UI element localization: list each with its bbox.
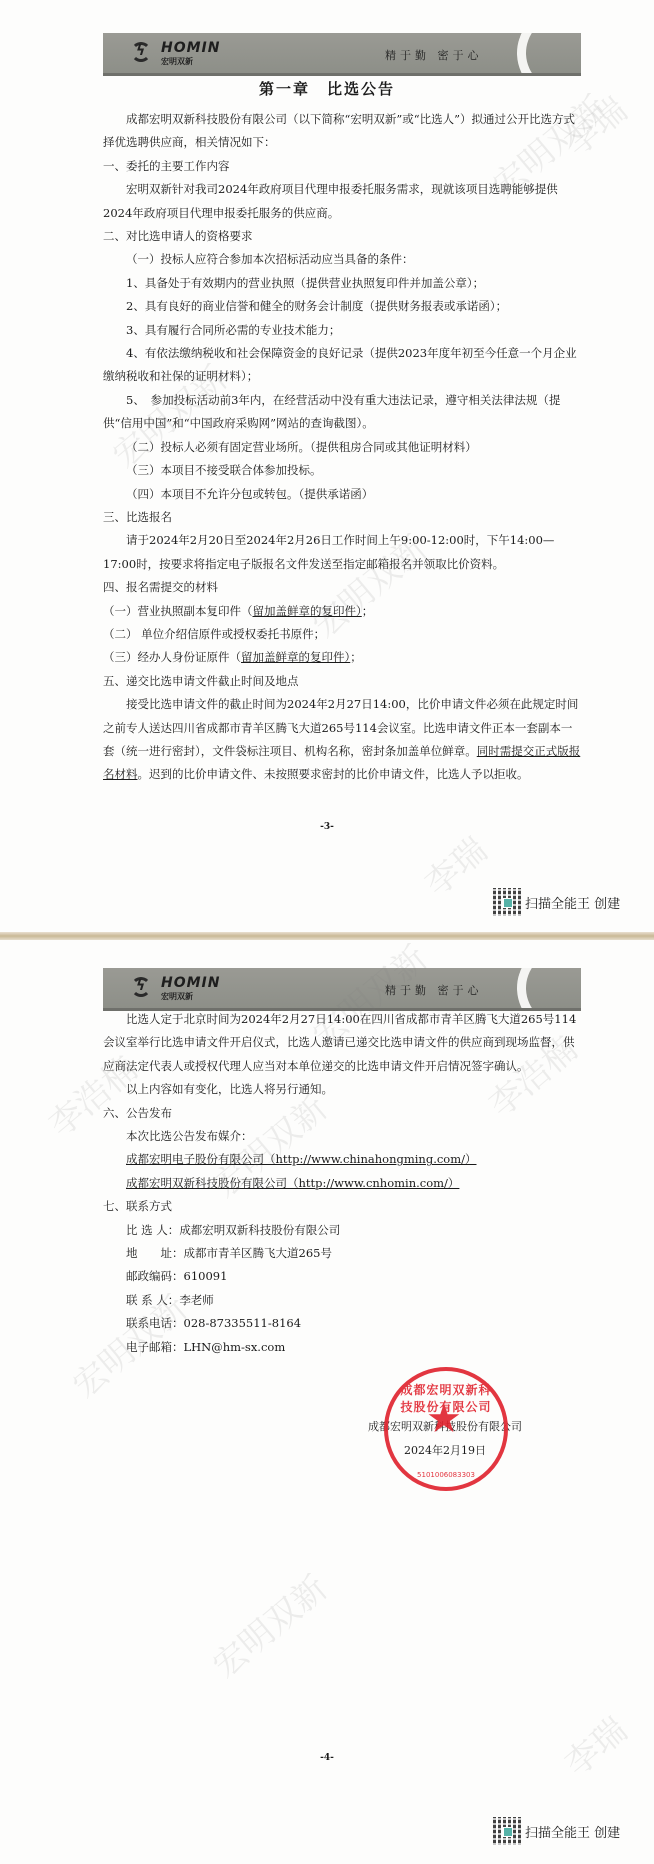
requirement-item-1: 1、具备处于有效期内的营业执照（提供营业执照复印件并加盖公章）； xyxy=(103,272,583,295)
section2-sub2: （二）投标人必须有固定营业场所。（提供租房合同或其他证明材料） xyxy=(103,436,583,459)
contact-label: 电子邮箱： xyxy=(126,1340,184,1354)
contact-value[interactable]: LHN@hm-sx.com xyxy=(184,1340,286,1354)
contact-label: 联 系 人： xyxy=(126,1293,179,1307)
qr-code-icon xyxy=(493,1817,521,1845)
contact-label: 邮政编码： xyxy=(126,1269,184,1283)
section3-text: 请于2024年2月20日至2024年2月26日工作时间上午9:00-12:00时… xyxy=(103,529,583,576)
requirement-item-5: 5、 参加投标活动前3年内，在经营活动中没有重大违法记录，遵守相关法律法规（提供… xyxy=(103,389,583,436)
page-number: -4- xyxy=(0,1753,654,1763)
media-link-2-text[interactable]: 成都宏明双新科技股份有限公司（http://www.cnhomin.com/） xyxy=(126,1176,459,1190)
material-item-1: （一）营业执照副本复印件（留加盖鲜章的复印件）； xyxy=(103,600,583,623)
media-link-2[interactable]: 成都宏明双新科技股份有限公司（http://www.cnhomin.com/） xyxy=(103,1172,583,1195)
star-icon: ★ xyxy=(426,1399,462,1439)
swoosh-decoration-icon xyxy=(504,968,581,1011)
section7-heading: 七、联系方式 xyxy=(103,1195,583,1218)
company-slogan: 精于勤 密于心 xyxy=(385,982,483,998)
section2-sub3: （三）本项目不接受联合体参加投标。 xyxy=(103,459,583,482)
watermark: 宏明双新 xyxy=(200,1562,336,1687)
opening-ceremony-text: 比选人定于北京时间为2024年2月27日14:00在四川省成都市青羊区腾飞大道2… xyxy=(103,1008,583,1078)
lightning-bolt-icon: ϟ xyxy=(136,978,145,994)
section3-heading: 三、比选报名 xyxy=(103,506,583,529)
contact-value: 028-87335511-8164 xyxy=(184,1316,302,1330)
section1-text: 宏明双新针对我司2024年政府项目代理申报委托服务需求，现就该项目选聘能够提供2… xyxy=(103,178,583,225)
media-link-1-text[interactable]: 成都宏明电子股份有限公司（http://www.chinahongming.co… xyxy=(126,1152,477,1166)
qr-code-icon xyxy=(493,888,521,916)
official-company-seal: 成都宏明双新科技股份有限公司 ★ 5101006083303 xyxy=(384,1367,508,1491)
page-number: -3- xyxy=(0,822,654,832)
company-header-banner: ϟ HOMIN 宏明双新 精于勤 密于心 xyxy=(103,33,581,76)
brand-name: HOMIN xyxy=(161,975,220,991)
contact-row-postcode: 邮政编码：610091 xyxy=(103,1265,583,1288)
section1-heading: 一、委托的主要工作内容 xyxy=(103,155,583,178)
material-item-3-prefix: （三）经办人身份证原件（ xyxy=(103,650,241,664)
material-item-2: （二） 单位介绍信原件或授权委托书原件； xyxy=(103,623,583,646)
contact-label: 比 选 人： xyxy=(126,1223,179,1237)
watermark: 李瑞 xyxy=(412,824,496,905)
contact-row-address: 地 址：成都市青羊区腾飞大道265号 xyxy=(103,1242,583,1265)
requirement-item-3: 3、具有履行合同所必需的专业技术能力； xyxy=(103,319,583,342)
scanner-badge: 扫描全能王 创建 xyxy=(493,888,620,916)
contact-value: 610091 xyxy=(184,1269,228,1283)
contact-label: 联系电话： xyxy=(126,1316,184,1330)
section5-heading: 五、递交比选申请文件截止时间及地点 xyxy=(103,670,583,693)
swoosh-decoration-icon xyxy=(504,33,581,76)
section5-text-b: 。迟到的比价申请文件、未按照要求密封的比价申请文件，比选人予以拒收。 xyxy=(138,767,529,781)
section2-heading: 二、对比选申请人的资格要求 xyxy=(103,225,583,248)
contact-row-bidder: 比 选 人：成都宏明双新科技股份有限公司 xyxy=(103,1219,583,1242)
seal-code: 5101006083303 xyxy=(408,1471,484,1479)
section5-text: 接受比选申请文件的截止时间为2024年2月27日14:00，比价申请文件必须在此… xyxy=(103,693,583,787)
document-page-4: ϟ HOMIN 宏明双新 精于勤 密于心 比选人定于北京时间为2024年2月27… xyxy=(0,940,654,1864)
material-item-3-underlined: 留加盖鲜章的复印件） xyxy=(241,650,350,664)
media-link-1[interactable]: 成都宏明电子股份有限公司（http://www.chinahongming.co… xyxy=(103,1148,583,1171)
contact-row-person: 联 系 人：李老师 xyxy=(103,1289,583,1312)
contact-value: 成都市青羊区腾飞大道265号 xyxy=(184,1246,332,1260)
section2-sub1: （一）投标人应符合参加本次招标活动应当具备的条件： xyxy=(103,248,583,271)
material-item-3-suffix: ； xyxy=(350,650,362,664)
contact-value: 李老师 xyxy=(179,1293,214,1307)
contact-label: 地 址： xyxy=(126,1246,184,1260)
watermark: 李瑞 xyxy=(552,1704,636,1785)
intro-paragraph: 成都宏明双新科技股份有限公司（以下简称“宏明双新”或“比选人”）拟通过公开比选方… xyxy=(103,108,583,155)
page1-body: 成都宏明双新科技股份有限公司（以下简称“宏明双新”或“比选人”）拟通过公开比选方… xyxy=(103,108,583,787)
brand-name: HOMIN xyxy=(161,40,220,56)
requirement-item-2: 2、具有良好的商业信誉和健全的财务会计制度（提供财务报表或承诺函）； xyxy=(103,295,583,318)
scanner-label: 扫描全能王 创建 xyxy=(525,1822,620,1841)
company-header-banner: ϟ HOMIN 宏明双新 精于勤 密于心 xyxy=(103,968,581,1011)
document-page-3: ϟ HOMIN 宏明双新 精于勤 密于心 第一章 比选公告 成都宏明双新科技股份… xyxy=(0,0,654,934)
material-item-3: （三）经办人身份证原件（留加盖鲜章的复印件）； xyxy=(103,646,583,669)
company-slogan: 精于勤 密于心 xyxy=(385,47,483,63)
requirement-item-4: 4、有依法缴纳税收和社会保障资金的良好记录（提供2023年度年初至今任意一个月企… xyxy=(103,342,583,389)
lightning-bolt-icon: ϟ xyxy=(136,43,145,59)
contact-value: 成都宏明双新科技股份有限公司 xyxy=(179,1223,340,1237)
media-label: 本次比选公告发布媒介： xyxy=(103,1125,583,1148)
page-separator xyxy=(0,932,654,940)
material-item-1-underlined: 留加盖鲜章的复印件） xyxy=(253,604,362,618)
chapter-title: 第一章 比选公告 xyxy=(0,78,654,99)
change-notice: 以上内容如有变化，比选人将另行通知。 xyxy=(103,1078,583,1101)
scanner-label: 扫描全能王 创建 xyxy=(525,893,620,912)
brand-name-cn: 宏明双新 xyxy=(161,991,193,1002)
contact-row-phone: 联系电话：028-87335511-8164 xyxy=(103,1312,583,1335)
page2-body: 比选人定于北京时间为2024年2月27日14:00在四川省成都市青羊区腾飞大道2… xyxy=(103,1008,583,1359)
section6-heading: 六、公告发布 xyxy=(103,1102,583,1125)
section4-heading: 四、报名需提交的材料 xyxy=(103,576,583,599)
brand-name-cn: 宏明双新 xyxy=(161,56,193,67)
material-item-1-suffix: ； xyxy=(362,604,374,618)
contact-row-email: 电子邮箱：LHN@hm-sx.com xyxy=(103,1336,583,1359)
material-item-1-prefix: （一）营业执照副本复印件（ xyxy=(103,604,253,618)
scanner-badge: 扫描全能王 创建 xyxy=(493,1817,620,1845)
section2-sub4: （四）本项目不允许分包或转包。（提供承诺函） xyxy=(103,483,583,506)
